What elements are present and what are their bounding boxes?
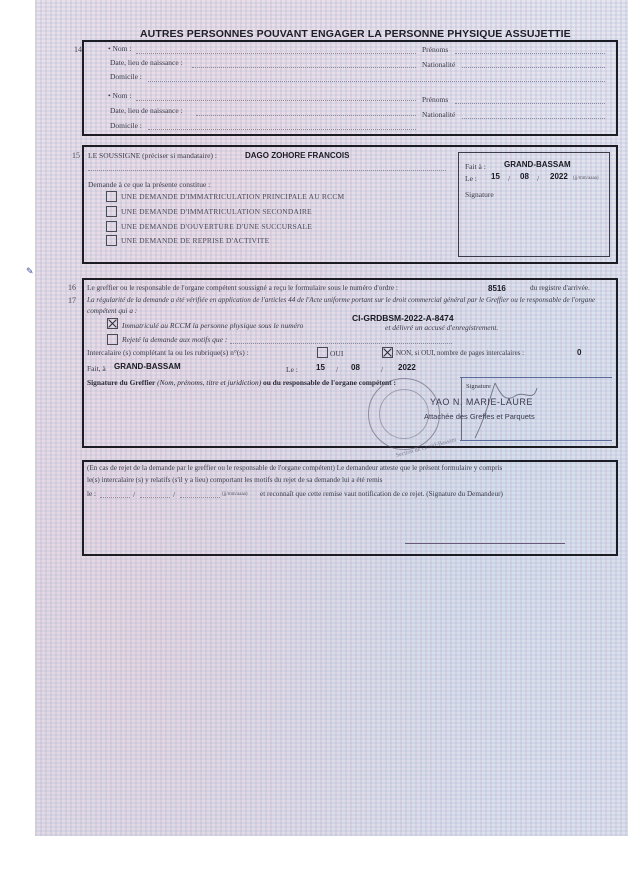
greffe-month[interactable]: 08 xyxy=(351,363,360,372)
person1-nom-field[interactable] xyxy=(136,53,416,54)
rejet-slash-2: / xyxy=(173,490,175,499)
rejet-slash-1: / xyxy=(133,490,135,499)
rccm-number[interactable]: CI-GRDBSM-2022-A-8474 xyxy=(352,313,454,323)
intercalaire-label: Intercalaire (s) complétant la ou les ru… xyxy=(87,348,249,357)
side-day[interactable]: 15 xyxy=(491,172,500,181)
numero-ordre-value[interactable]: 8516 xyxy=(488,284,506,293)
rejet-line-3: et reconnaît que cette remise vaut notif… xyxy=(260,490,503,498)
soussigne-extra-line[interactable] xyxy=(88,170,446,171)
rejet-date-hint: (jj/mm/aaaa) xyxy=(222,492,248,497)
option-immatriculation-principale-label: UNE DEMANDE D'IMMATRICULATION PRINCIPALE… xyxy=(121,192,344,201)
section-rejet-box xyxy=(82,460,618,556)
option-ouverture-succursale-label: UNE DEMANDE D'OUVERTURE D'UNE SUCCURSALE xyxy=(121,222,312,231)
side-slash-1: / xyxy=(508,174,510,183)
rejete-checkbox[interactable] xyxy=(107,334,118,345)
section-14-box xyxy=(82,40,618,136)
rejet-line-2: le(s) intercalaire (s) y relatifs (s'il … xyxy=(87,476,382,484)
option-reprise-activite-checkbox[interactable] xyxy=(106,235,117,246)
regularite-text: La régularité de la demande a été vérifi… xyxy=(87,295,612,316)
option-immatriculation-principale-checkbox[interactable] xyxy=(106,191,117,202)
rejet-year-field[interactable] xyxy=(180,497,220,498)
side-year[interactable]: 2022 xyxy=(550,172,568,181)
person1-prenoms-field[interactable] xyxy=(455,53,605,54)
reception-text: Le greffier ou le responsable de l'organ… xyxy=(87,283,398,292)
person2-nom-field[interactable] xyxy=(136,100,416,101)
person2-date-lieu-label: Date, lieu de naissance : xyxy=(110,106,183,115)
rejet-signature-line[interactable] xyxy=(405,543,565,544)
rejet-line-1: (En cas de rejet de la demande par le gr… xyxy=(87,464,502,472)
person2-domicile-field[interactable] xyxy=(148,129,416,130)
signature-greffier-suffix: ou du responsable de l'organe compétent … xyxy=(263,378,396,387)
non-checkbox[interactable] xyxy=(382,347,393,358)
signature-greffier-label: Signature du Greffier xyxy=(87,378,155,387)
person2-nationalite-field[interactable] xyxy=(462,118,605,119)
person1-domicile-field[interactable] xyxy=(148,81,605,82)
fait-a-value[interactable]: GRAND-BASSAM xyxy=(114,362,181,371)
section-number-17: 17 xyxy=(68,296,76,305)
immatricule-checkbox[interactable] xyxy=(107,318,118,329)
person1-date-lieu-field[interactable] xyxy=(192,67,416,68)
side-date-hint: (jj/mm/aaaa) xyxy=(573,176,599,181)
fait-a-label: Fait, à xyxy=(87,364,106,373)
person2-prenoms-label: Prénoms xyxy=(422,95,448,104)
person1-nationalite-field[interactable] xyxy=(462,67,605,68)
person2-date-lieu-field[interactable] xyxy=(196,115,416,116)
person2-nationalite-label: Nationalité xyxy=(422,110,455,119)
nb-pages-value[interactable]: 0 xyxy=(577,348,581,357)
rejet-le-label: le : xyxy=(87,490,96,498)
person1-nom-label: • Nom : xyxy=(108,44,131,53)
side-month[interactable]: 08 xyxy=(520,172,529,181)
handwritten-signature-icon xyxy=(455,378,545,443)
rejete-label: Rejeté la demande aux motifs que : xyxy=(122,335,227,344)
side-fait-a-value[interactable]: GRAND-BASSAM xyxy=(504,160,571,169)
margin-mark: ✎ xyxy=(26,266,34,277)
non-label: NON, si OUI, nombre de pages intercalair… xyxy=(396,349,524,357)
rejet-day-field[interactable] xyxy=(100,497,130,498)
side-le-label: Le : xyxy=(465,174,477,183)
section-number-16: 16 xyxy=(68,283,76,292)
person2-prenoms-field[interactable] xyxy=(455,103,605,104)
option-reprise-activite-label: UNE DEMANDE DE REPRISE D'ACTIVITE xyxy=(121,236,269,245)
person2-nom-label: • Nom : xyxy=(108,91,131,100)
person1-nationalite-label: Nationalité xyxy=(422,60,455,69)
page-title: AUTRES PERSONNES POUVANT ENGAGER LA PERS… xyxy=(140,28,571,40)
section-number-15: 15 xyxy=(72,151,80,160)
section-number-14: 14 xyxy=(74,45,82,54)
option-immatriculation-secondaire-label: UNE DEMANDE D'IMMATRICULATION SECONDAIRE xyxy=(121,207,312,216)
oui-checkbox[interactable] xyxy=(317,347,328,358)
side-slash-2: / xyxy=(537,174,539,183)
signature-greffier-line: Signature du Greffier (Nom, prénoms, tit… xyxy=(87,378,396,387)
immatricule-label: Immatriculé au RCCM la personne physique… xyxy=(122,321,303,330)
stamp-emblem xyxy=(379,389,429,439)
person1-prenoms-label: Prénoms xyxy=(422,45,448,54)
option-ouverture-succursale-checkbox[interactable] xyxy=(106,221,117,232)
demande-label: Demande à ce que la présente constitue : xyxy=(88,180,210,189)
rejete-motifs-field[interactable] xyxy=(230,343,452,344)
registre-arrivee-text: du registre d'arrivée. xyxy=(530,283,590,292)
greffe-day[interactable]: 15 xyxy=(316,363,325,372)
signature-greffier-hint: (Nom, prénoms, titre et juridiction) xyxy=(157,378,261,387)
greffe-slash-2: / xyxy=(381,365,383,374)
greffe-slash-1: / xyxy=(336,365,338,374)
oui-label: OUI xyxy=(330,349,343,358)
option-immatriculation-secondaire-checkbox[interactable] xyxy=(106,206,117,217)
soussigne-value[interactable]: DAGO ZOHORE FRANCOIS xyxy=(245,151,349,160)
soussigne-label: LE SOUSSIGNE (préciser si mandataire) : xyxy=(88,151,217,160)
accuse-text: et délivré un accusé d'enregistrement. xyxy=(385,323,498,332)
person1-domicile-label: Domicile : xyxy=(110,72,142,81)
person2-domicile-label: Domicile : xyxy=(110,121,142,130)
person1-date-lieu-label: Date, lieu de naissance : xyxy=(110,58,183,67)
side-signature-label: Signature xyxy=(465,190,494,199)
rejet-month-field[interactable] xyxy=(140,497,170,498)
greffe-year[interactable]: 2022 xyxy=(398,363,416,372)
side-fait-a-label: Fait à : xyxy=(465,162,486,171)
greffe-le-label: Le : xyxy=(286,365,298,374)
